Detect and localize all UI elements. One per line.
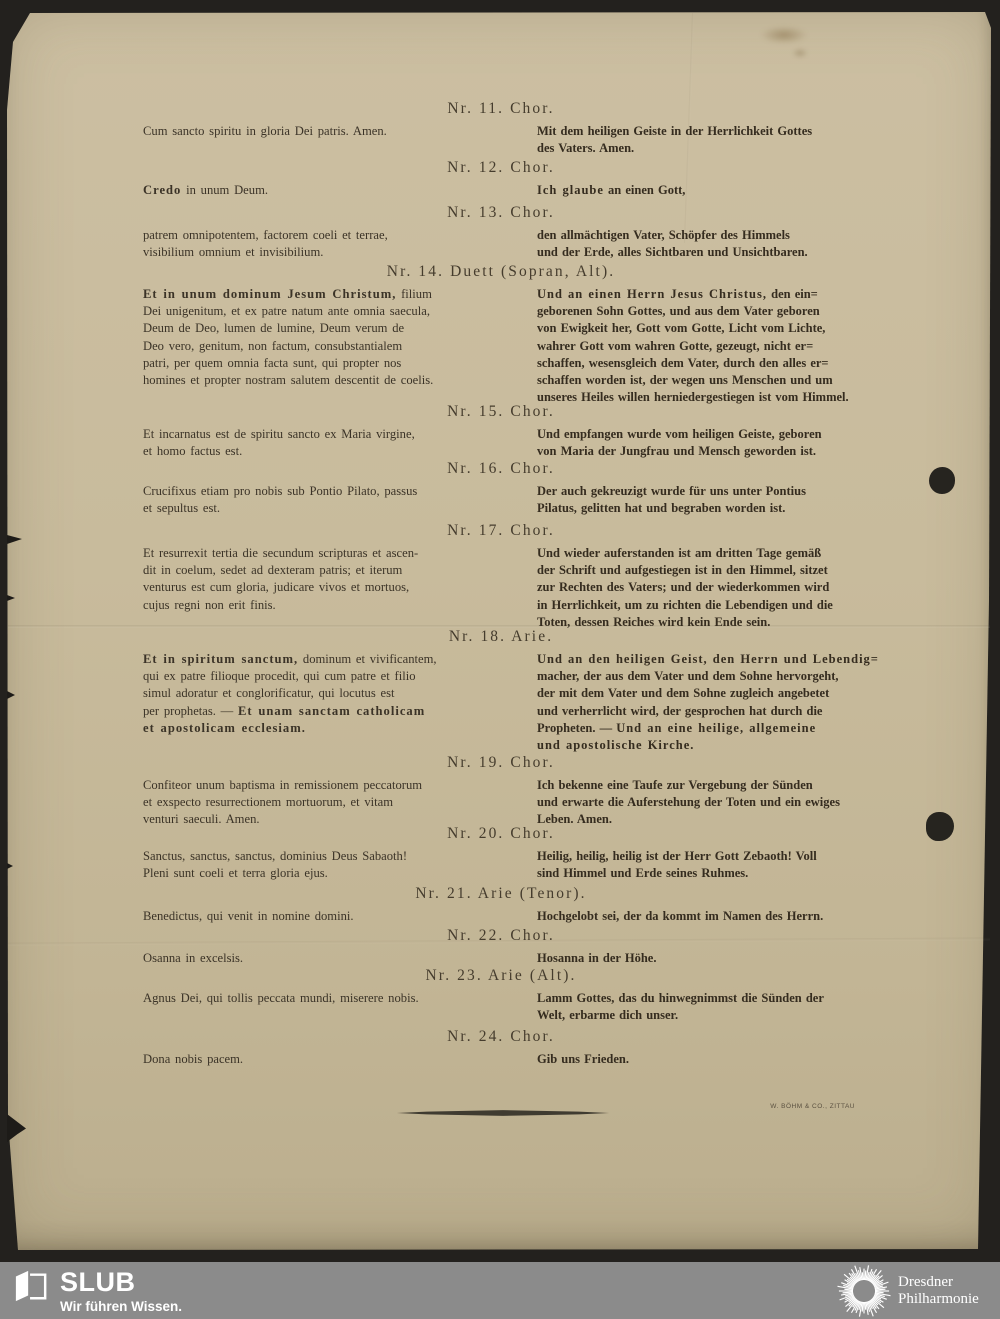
text-line: sind Himmel und Erde seines Ruhmes. [537, 865, 859, 882]
text-line: Sanctus, sanctus, sanctus, dominius Deus… [143, 848, 473, 865]
section-body: Et resurrexit tertia die secundum script… [143, 545, 859, 631]
program-section: Nr. 18. Arie.Et in spiritum sanctum, dom… [143, 627, 859, 754]
german-column: Hosanna in der Höhe. [537, 950, 859, 967]
latin-column: Sanctus, sanctus, sanctus, dominius Deus… [143, 848, 473, 882]
section-heading: Nr. 12. Chor. [143, 158, 859, 178]
section-heading: Nr. 23. Arie (Alt). [143, 966, 859, 986]
text-line: Und empfangen wurde vom heiligen Geiste,… [537, 426, 859, 443]
section-heading: Nr. 24. Chor. [143, 1027, 859, 1047]
program-section: Nr. 14. Duett (Sopran, Alt).Et in unum d… [143, 262, 859, 406]
text-line: Ich glaube an einen Gott, [537, 182, 859, 199]
text-line: simul adoratur et conglorificatur, qui l… [143, 685, 473, 702]
section-heading: Nr. 20. Chor. [143, 824, 859, 844]
section-body: Benedictus, qui venit in nomine domini.H… [143, 908, 859, 925]
text-line: Cum sancto spiritu in gloria Dei patris.… [143, 123, 473, 140]
german-column: Und empfangen wurde vom heiligen Geiste,… [537, 426, 859, 460]
text-line: cujus regni non erit finis. [143, 597, 473, 614]
text-line: Und an den heiligen Geist, den Herrn und… [537, 651, 859, 668]
slub-logo-block: SLUB Wir führen Wissen. [14, 1268, 182, 1314]
section-body: patrem omnipotentem, factorem coeli et t… [143, 227, 859, 261]
section-heading: Nr. 18. Arie. [143, 627, 859, 647]
text-line: Confiteor unum baptisma in remissionem p… [143, 777, 473, 794]
text-line: qui ex patre filioque procedit, qui cum … [143, 668, 473, 685]
text-line: Credo in unum Deum. [143, 182, 473, 199]
section-heading: Nr. 21. Arie (Tenor). [143, 884, 859, 904]
program-section: Nr. 24. Chor.Dona nobis pacem.Gib uns Fr… [143, 1027, 859, 1068]
text-line: Et resurrexit tertia die secundum script… [143, 545, 473, 562]
german-column: Mit dem heiligen Geiste in der Herrlichk… [537, 123, 859, 157]
text-line: schaffen worden ist, der wegen uns Mensc… [537, 372, 859, 389]
latin-column: Benedictus, qui venit in nomine domini. [143, 908, 473, 925]
latin-column: Osanna in excelsis. [143, 950, 473, 967]
text-line: Hosanna in der Höhe. [537, 950, 859, 967]
text-line: visibilium omnium et invisibilium. [143, 244, 473, 261]
punch-hole [929, 467, 955, 494]
text-line: Welt, erbarme dich unser. [537, 1007, 859, 1024]
text-line: Osanna in excelsis. [143, 950, 473, 967]
text-line: Et in unum dominum Jesum Christum, filiu… [143, 286, 473, 303]
text-line: Ich bekenne eine Taufe zur Vergebung der… [537, 777, 859, 794]
text-line: macher, der aus dem Vater und dem Sohne … [537, 668, 859, 685]
text-line: in Herrlichkeit, um zu richten die Leben… [537, 597, 859, 614]
text-line: Und an einen Herrn Jesus Christus, den e… [537, 286, 859, 303]
section-body: Agnus Dei, qui tollis peccata mundi, mis… [143, 990, 859, 1024]
program-section: Nr. 22. Chor.Osanna in excelsis.Hosanna … [143, 926, 859, 967]
section-body: Confiteor unum baptisma in remissionem p… [143, 777, 859, 829]
text-line: et homo factus est. [143, 443, 473, 460]
text-line: Pilatus, gelitten hat und begraben worde… [537, 500, 859, 517]
german-column: Der auch gekreuzigt wurde für uns unter … [537, 483, 859, 517]
text-line: et apostolicam ecclesiam. [143, 720, 473, 737]
text-line: den allmächtigen Vater, Schöpfer des Him… [537, 227, 859, 244]
section-heading: Nr. 11. Chor. [143, 99, 859, 119]
program-section: Nr. 12. Chor.Credo in unum Deum.Ich glau… [143, 158, 859, 199]
program-section: Nr. 20. Chor.Sanctus, sanctus, sanctus, … [143, 824, 859, 882]
german-column: den allmächtigen Vater, Schöpfer des Him… [537, 227, 859, 261]
section-heading: Nr. 17. Chor. [143, 521, 859, 541]
text-line: und der Erde, alles Sichtbaren und Unsic… [537, 244, 859, 261]
philharmonie-name-line2: Philharmonie [898, 1291, 979, 1308]
program-section: Nr. 13. Chor.patrem omnipotentem, factor… [143, 203, 859, 261]
text-line: geborenen Sohn Gottes, und aus dem Vater… [537, 303, 859, 320]
section-body: Et in unum dominum Jesum Christum, filiu… [143, 286, 859, 406]
latin-column: Et resurrexit tertia die secundum script… [143, 545, 473, 631]
section-body: Et incarnatus est de spiritu sancto ex M… [143, 426, 859, 460]
text-line: Und wieder auferstanden ist am dritten T… [537, 545, 859, 562]
text-line: von Maria der Jungfrau und Mensch geword… [537, 443, 859, 460]
text-line: wahrer Gott vom wahren Gotte, gezeugt, n… [537, 338, 859, 355]
text-line: Heilig, heilig, heilig ist der Herr Gott… [537, 848, 859, 865]
program-section: Nr. 23. Arie (Alt).Agnus Dei, qui tollis… [143, 966, 859, 1024]
program-section: Nr. 17. Chor.Et resurrexit tertia die se… [143, 521, 859, 631]
text-line: et exspecto resurrectionem mortuorum, et… [143, 794, 473, 811]
latin-column: Crucifixus etiam pro nobis sub Pontio Pi… [143, 483, 473, 517]
text-line: Hochgelobt sei, der da kommt im Namen de… [537, 908, 859, 925]
text-line: Gib uns Frieden. [537, 1051, 859, 1068]
section-heading: Nr. 16. Chor. [143, 459, 859, 479]
text-line: Pleni sunt coeli et terra gloria ejus. [143, 865, 473, 882]
text-line: Deum de Deo, lumen de lumine, Deum verum… [143, 320, 473, 337]
section-heading: Nr. 15. Chor. [143, 402, 859, 422]
text-line: venturus est cum gloria, judicare vivos … [143, 579, 473, 596]
text-line: des Vaters. Amen. [537, 140, 859, 157]
text-line: et sepultus est. [143, 500, 473, 517]
philharmonie-name-line1: Dresdner [898, 1274, 979, 1291]
text-line: patrem omnipotentem, factorem coeli et t… [143, 227, 473, 244]
section-body: Crucifixus etiam pro nobis sub Pontio Pi… [143, 483, 859, 517]
latin-column: Et in unum dominum Jesum Christum, filiu… [143, 286, 473, 406]
text-line: Et incarnatus est de spiritu sancto ex M… [143, 426, 473, 443]
latin-column: Confiteor unum baptisma in remissionem p… [143, 777, 473, 829]
section-body: Dona nobis pacem.Gib uns Frieden. [143, 1051, 859, 1068]
text-line: patri, per quem omnia facta sunt, qui pr… [143, 355, 473, 372]
text-line: Propheten. — Und an eine heilige, allgem… [537, 720, 859, 737]
german-column: Ich bekenne eine Taufe zur Vergebung der… [537, 777, 859, 829]
slub-tagline: Wir führen Wissen. [60, 1299, 182, 1314]
text-line: und erwarte die Auferstehung der Toten u… [537, 794, 859, 811]
text-line: Der auch gekreuzigt wurde für uns unter … [537, 483, 859, 500]
text-line: und verherrlicht wird, der gesprochen ha… [537, 703, 859, 720]
text-line: von Ewigkeit her, Gott vom Gotte, Licht … [537, 320, 859, 337]
german-column: Und wieder auferstanden ist am dritten T… [537, 545, 859, 631]
section-body: Osanna in excelsis.Hosanna in der Höhe. [143, 950, 859, 967]
text-line: homines et propter nostram salutem desce… [143, 372, 473, 389]
latin-column: patrem omnipotentem, factorem coeli et t… [143, 227, 473, 261]
text-line: der mit dem Vater und dem Sohne zugleich… [537, 685, 859, 702]
divider-rule [397, 1109, 609, 1117]
sunburst-icon [836, 1263, 892, 1319]
latin-column: Et in spiritum sanctum, dominum et vivif… [143, 651, 473, 754]
latin-column: Cum sancto spiritu in gloria Dei patris.… [143, 123, 473, 157]
section-heading: Nr. 19. Chor. [143, 753, 859, 773]
section-heading: Nr. 22. Chor. [143, 926, 859, 946]
program-section: Nr. 19. Chor.Confiteor unum baptisma in … [143, 753, 859, 829]
text-line: Et in spiritum sanctum, dominum et vivif… [143, 651, 473, 668]
text-line: Mit dem heiligen Geiste in der Herrlichk… [537, 123, 859, 140]
text-line: Benedictus, qui venit in nomine domini. [143, 908, 473, 925]
text-line: Dei unigenitum, et ex patre natum ante o… [143, 303, 473, 320]
footer-bar: SLUB Wir führen Wissen. Dresdner Philhar… [0, 1262, 1000, 1319]
german-column: Und an den heiligen Geist, den Herrn und… [537, 651, 859, 754]
section-body: Et in spiritum sanctum, dominum et vivif… [143, 651, 859, 754]
section-heading: Nr. 13. Chor. [143, 203, 859, 223]
latin-column: Dona nobis pacem. [143, 1051, 473, 1068]
printer-imprint: W. Böhm & Co., Zittau [755, 1103, 855, 1110]
text-line: Deo vero, genitum, non factum, consubsta… [143, 338, 473, 355]
scanned-program-page: Nr. 11. Chor.Cum sancto spiritu in glori… [0, 0, 1000, 1319]
german-column: Und an einen Herrn Jesus Christus, den e… [537, 286, 859, 406]
philharmonie-logo-block: Dresdner Philharmonie [836, 1263, 979, 1319]
program-section: Nr. 16. Chor.Crucifixus etiam pro nobis … [143, 459, 859, 517]
paper-stain [792, 48, 808, 58]
text-line: zur Rechten des Vaters; und der wiederko… [537, 579, 859, 596]
text-line: und apostolische Kirche. [537, 737, 859, 754]
program-section: Nr. 21. Arie (Tenor).Benedictus, qui ven… [143, 884, 859, 925]
text-line: Crucifixus etiam pro nobis sub Pontio Pi… [143, 483, 473, 500]
german-column: Heilig, heilig, heilig ist der Herr Gott… [537, 848, 859, 882]
section-heading: Nr. 14. Duett (Sopran, Alt). [143, 262, 859, 282]
text-line: Dona nobis pacem. [143, 1051, 473, 1068]
text-line: der Schrift und aufgestiegen ist in den … [537, 562, 859, 579]
german-column: Hochgelobt sei, der da kommt im Namen de… [537, 908, 859, 925]
text-line: per prophetas. — Et unam sanctam catholi… [143, 703, 473, 720]
slub-name: SLUB [60, 1268, 182, 1296]
text-line: Agnus Dei, qui tollis peccata mundi, mis… [143, 990, 473, 1007]
program-section: Nr. 11. Chor.Cum sancto spiritu in glori… [143, 99, 859, 157]
program-section: Nr. 15. Chor.Et incarnatus est de spirit… [143, 402, 859, 460]
paper-stain [760, 26, 808, 44]
german-column: Gib uns Frieden. [537, 1051, 859, 1068]
latin-column: Agnus Dei, qui tollis peccata mundi, mis… [143, 990, 473, 1024]
section-body: Sanctus, sanctus, sanctus, dominius Deus… [143, 848, 859, 882]
text-line: schaffen, wesensgleich dem Vater, durch … [537, 355, 859, 372]
latin-column: Et incarnatus est de spiritu sancto ex M… [143, 426, 473, 460]
latin-column: Credo in unum Deum. [143, 182, 473, 199]
german-column: Ich glaube an einen Gott, [537, 182, 859, 199]
german-column: Lamm Gottes, das du hinwegnimmst die Sün… [537, 990, 859, 1024]
section-body: Credo in unum Deum.Ich glaube an einen G… [143, 182, 859, 199]
text-line: dit in coelum, sedet ad dexteram patris;… [143, 562, 473, 579]
book-icon [14, 1268, 48, 1304]
section-body: Cum sancto spiritu in gloria Dei patris.… [143, 123, 859, 157]
text-line: Lamm Gottes, das du hinwegnimmst die Sün… [537, 990, 859, 1007]
